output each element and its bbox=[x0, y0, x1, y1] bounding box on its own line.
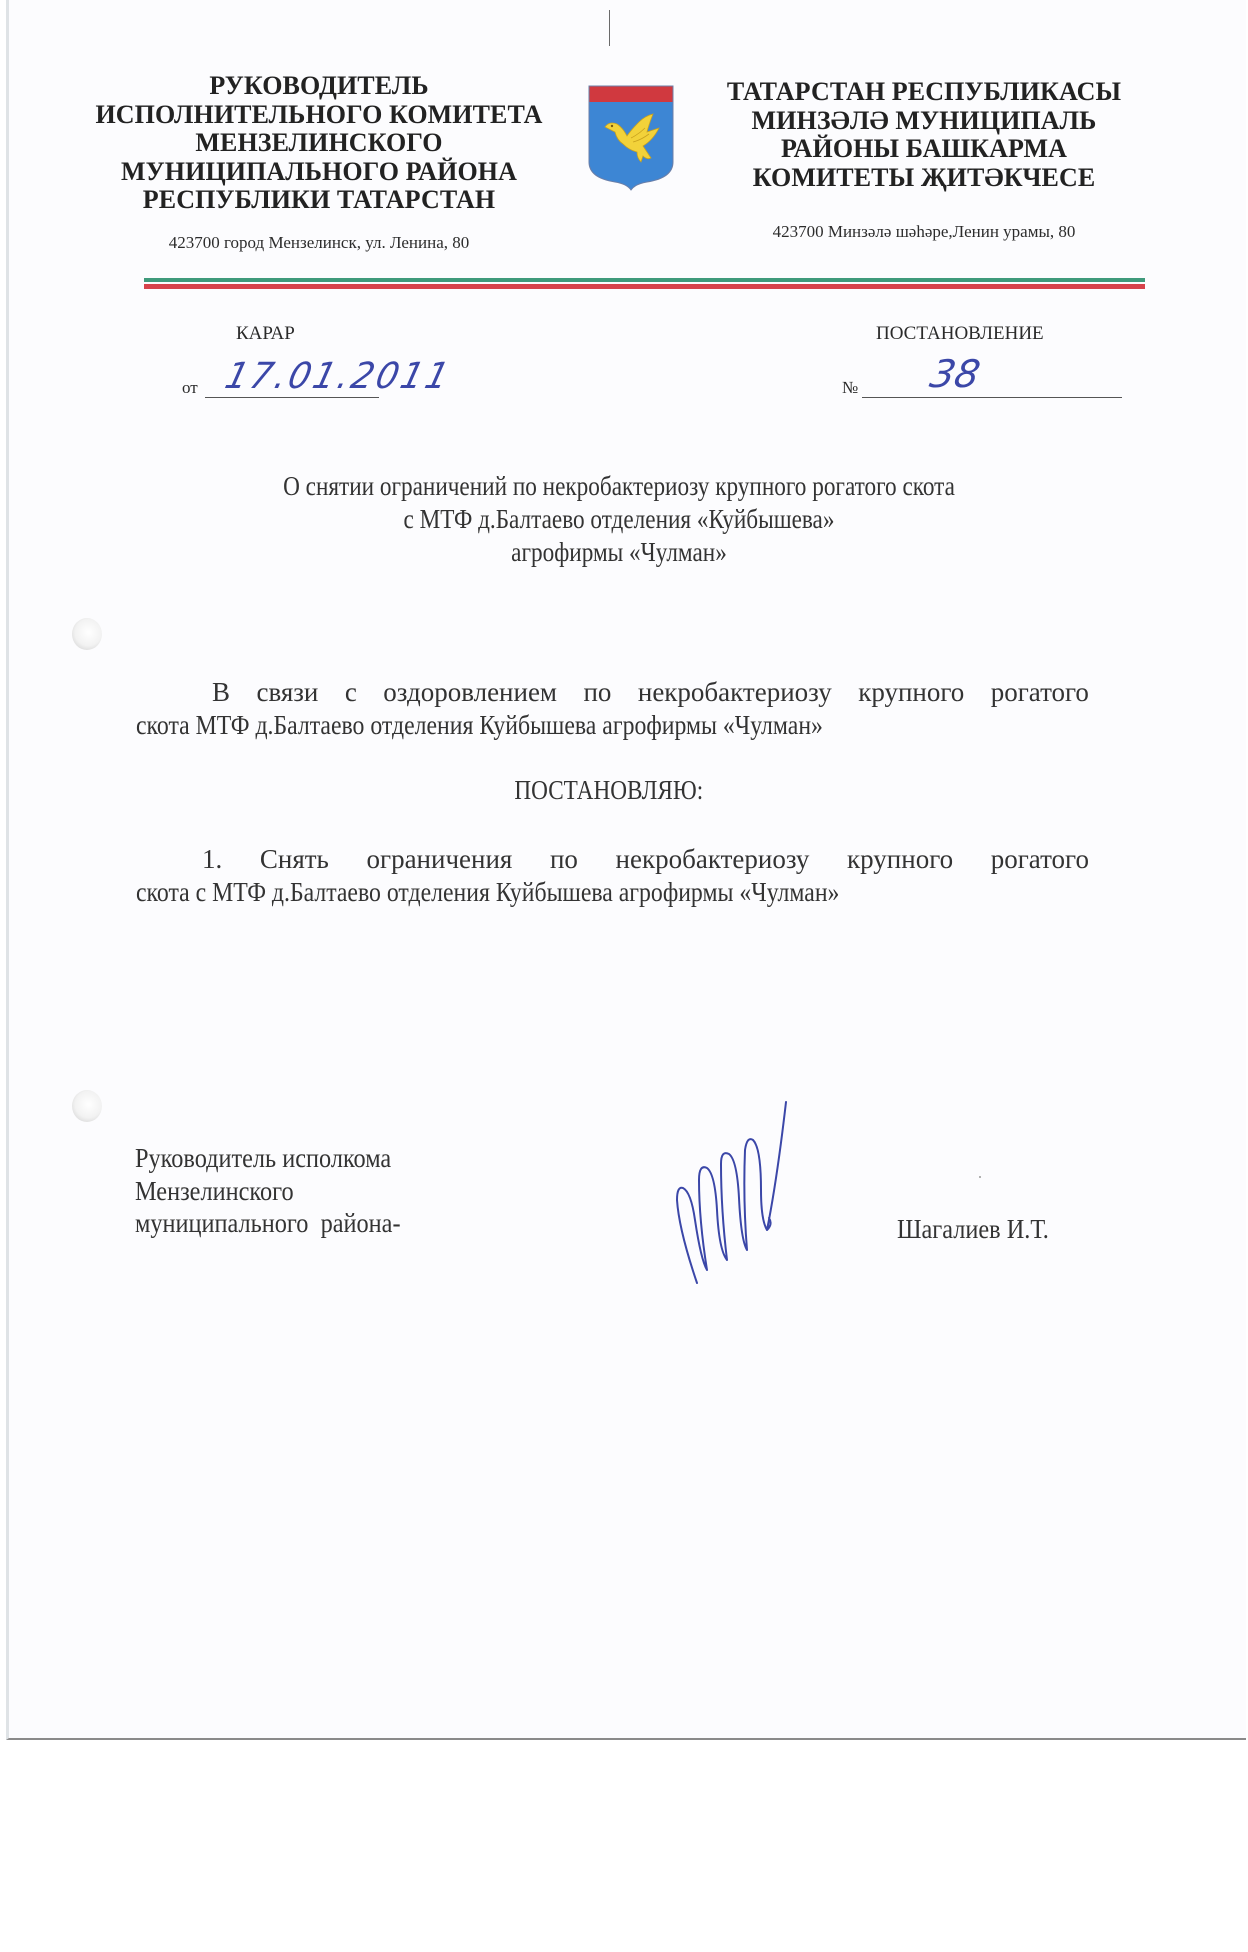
doc-type-russian: ПОСТАНОВЛЕНИЕ bbox=[876, 323, 1044, 345]
word: по bbox=[583, 676, 611, 709]
number-underline bbox=[862, 397, 1122, 398]
header-right-line: МИНЗӘЛӘ МУНИЦИПАЛЬ bbox=[709, 107, 1139, 136]
decree-word: ПОСТАНОВЛЯЮ: bbox=[515, 775, 704, 806]
header-right-line: РАЙОНЫ БАШКАРМА bbox=[709, 135, 1139, 164]
word: рогатого bbox=[991, 843, 1089, 876]
preamble-line-2: скота МТФ д.Балтаево отделения Куйбышева… bbox=[136, 709, 975, 742]
scan-speck bbox=[979, 1176, 981, 1178]
preamble-paragraph: В связи с оздоровлением по некробактерио… bbox=[136, 676, 1089, 742]
position-line: Руководитель исполкома bbox=[135, 1142, 401, 1175]
date-prefix: от bbox=[182, 378, 198, 398]
position-line: муниципального района- bbox=[135, 1207, 401, 1240]
decree-heading: ПОСТАНОВЛЯЮ: bbox=[129, 775, 1089, 806]
word: оздоровлением bbox=[383, 676, 557, 709]
word: ограничения bbox=[367, 843, 513, 876]
doc-type-tatar: КАРАР bbox=[236, 323, 295, 345]
title-line: О снятии ограничений по некробактериозу … bbox=[198, 470, 1041, 503]
header-right-line: ТАТАРСТАН РЕСПУБЛИКАСЫ bbox=[709, 78, 1139, 107]
scan-mark bbox=[609, 10, 610, 46]
word: некробактериозу bbox=[638, 676, 832, 709]
word: рогатого bbox=[991, 676, 1089, 709]
header-divider-red bbox=[144, 284, 1145, 289]
word: В bbox=[212, 676, 230, 709]
preamble-line-1: В связи с оздоровлением по некробактерио… bbox=[136, 676, 1089, 709]
header-left-line: МЕНЗЕЛИНСКОГО bbox=[89, 129, 549, 158]
position-line: Мензелинского bbox=[135, 1175, 401, 1208]
header-left-russian: РУКОВОДИТЕЛЬ ИСПОЛНИТЕЛЬНОГО КОМИТЕТА МЕ… bbox=[89, 72, 549, 253]
item-line-1: 1. Снять ограничения по некробактериозу … bbox=[136, 843, 1089, 876]
title-line: агрофирмы «Чулман» bbox=[198, 536, 1041, 569]
word: с bbox=[345, 676, 357, 709]
header-left-line: МУНИЦИПАЛЬНОГО РАЙОНА bbox=[89, 158, 549, 187]
item-line-2: скота с МТФ д.Балтаево отделения Куйбыше… bbox=[136, 876, 975, 909]
handwritten-signature-icon bbox=[669, 1100, 794, 1290]
word: крупного bbox=[847, 843, 953, 876]
title-line: с МТФ д.Балтаево отделения «Куйбышева» bbox=[198, 503, 1041, 536]
header-left-line: ИСПОЛНИТЕЛЬНОГО КОМИТЕТА bbox=[89, 101, 549, 130]
handwritten-date: 17.01.2011 bbox=[221, 356, 456, 397]
punch-hole bbox=[72, 1090, 102, 1122]
date-underline bbox=[205, 397, 379, 398]
signatory-name: Шагалиев И.Т. bbox=[897, 1214, 1049, 1245]
signatory-position: Руководитель исполкома Мензелинского мун… bbox=[135, 1142, 430, 1240]
word: связи bbox=[256, 676, 318, 709]
number-prefix: № bbox=[842, 378, 858, 398]
header-right-line: КОМИТЕТЫ ҖИТӘКЧЕСЕ bbox=[709, 164, 1139, 193]
word: Снять bbox=[260, 843, 329, 876]
item-number: 1. bbox=[202, 843, 222, 876]
header-left-line: РЕСПУБЛИКИ ТАТАРСТАН bbox=[89, 186, 549, 215]
header-divider-green bbox=[144, 278, 1145, 282]
coat-of-arms-dove-icon bbox=[587, 84, 675, 192]
handwritten-number: 38 bbox=[926, 352, 984, 396]
document-title: О снятии ограничений по некробактериозу … bbox=[129, 470, 1109, 569]
word: крупного bbox=[858, 676, 964, 709]
decree-item-1: 1. Снять ограничения по некробактериозу … bbox=[136, 843, 1089, 909]
word: некробактериозу bbox=[616, 843, 810, 876]
header-right-tatar: ТАТАРСТАН РЕСПУБЛИКАСЫ МИНЗӘЛӘ МУНИЦИПАЛ… bbox=[709, 78, 1139, 242]
punch-hole bbox=[72, 618, 102, 650]
header-left-address: 423700 город Мензелинск, ул. Ленина, 80 bbox=[89, 233, 549, 253]
document-page: РУКОВОДИТЕЛЬ ИСПОЛНИТЕЛЬНОГО КОМИТЕТА МЕ… bbox=[6, 0, 1246, 1740]
word: по bbox=[550, 843, 578, 876]
header-right-address: 423700 Минзәлә шәһәре,Ленин урамы, 80 bbox=[709, 222, 1139, 242]
header-left-line: РУКОВОДИТЕЛЬ bbox=[89, 72, 549, 101]
